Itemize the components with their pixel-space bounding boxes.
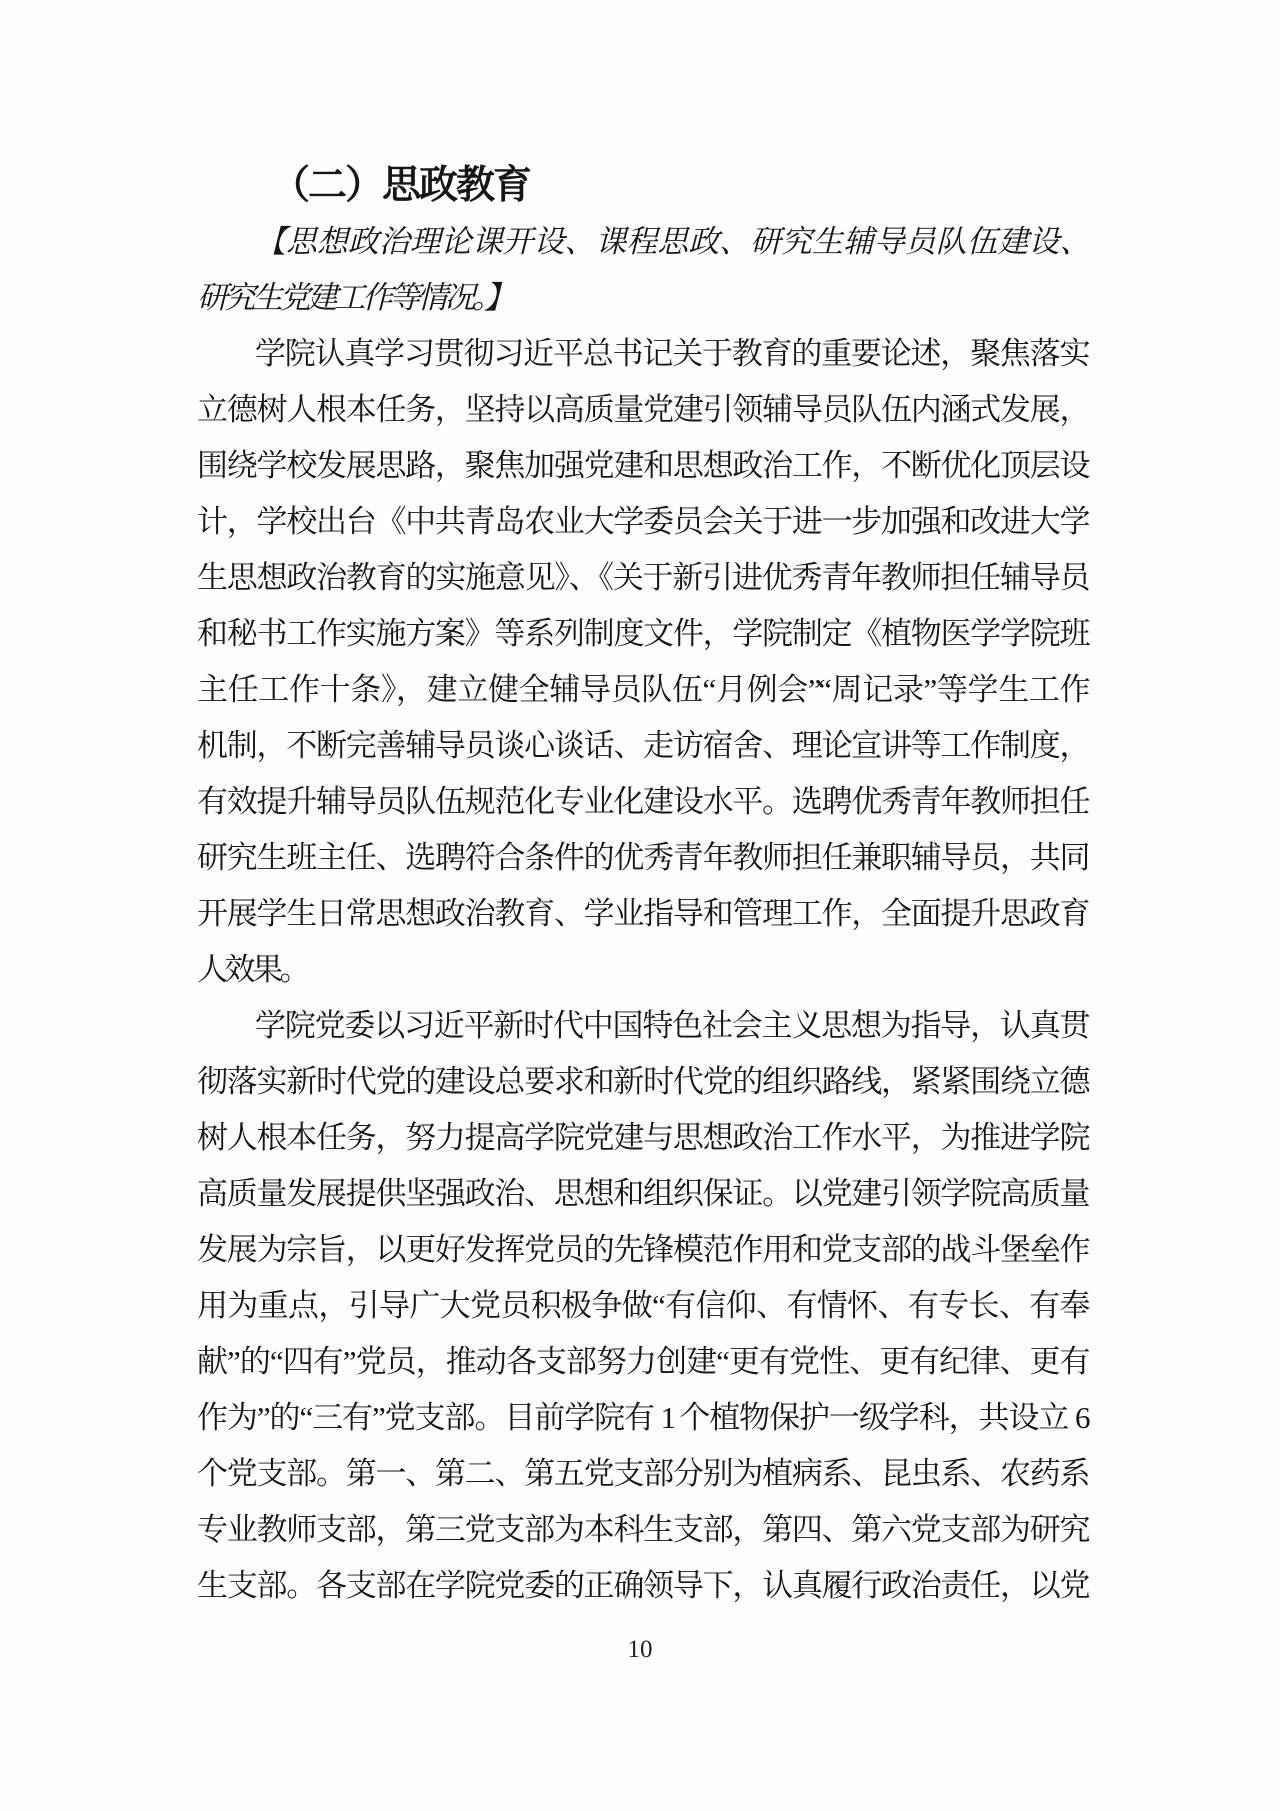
text-content: （二）思政教育 【思想政治理论课开设、课程思政、研究生辅导员队伍建设、 研究生党… xyxy=(197,158,1087,1614)
body-line: 主任工作十条》，建立健全辅导员队伍“月例会”“周记录”等学生工作 xyxy=(197,662,1087,718)
body-line: 高质量发展提供坚强政治、思想和组织保证。以党建引领学院高质量 xyxy=(197,1166,1087,1222)
body-line: 用为重点，引导广大党员积极争做“有信仰、有情怀、有专长、有奉 xyxy=(197,1278,1087,1334)
body-line: 专业教师支部，第三党支部为本科生支部，第四、第六党支部为研究 xyxy=(197,1502,1087,1558)
body-line: 彻落实新时代党的建设总要求和新时代党的组织路线，紧紧围绕立德 xyxy=(197,1054,1087,1110)
body-line: 献”的“四有”党员，推动各支部努力创建“更有党性、更有纪律、更有 xyxy=(197,1334,1087,1390)
body-line: 开展学生日常思想政治教育、学业指导和管理工作，全面提升思政育 xyxy=(197,886,1087,942)
body-line: 生支部。各支部在学院党委的正确领导下，认真履行政治责任，以党 xyxy=(197,1558,1087,1614)
body-line: 立德树人根本任务，坚持以高质量党建引领辅导员队伍内涵式发展， xyxy=(197,382,1087,438)
body-line: 人效果。 xyxy=(197,942,1087,998)
document-page: （二）思政教育 【思想政治理论课开设、课程思政、研究生辅导员队伍建设、 研究生党… xyxy=(0,0,1280,1811)
body-line: 生思想政治教育的实施意见》、《关于新引进优秀青年教师担任辅导员 xyxy=(197,550,1087,606)
body-line: 作为”的“三有”党支部。目前学院有 1 个植物保护一级学科，共设立 6 xyxy=(197,1390,1087,1446)
abstract-line-2: 研究生党建工作等情况。】 xyxy=(197,270,1087,326)
body-line: 机制，不断完善辅导员谈心谈话、走访宿舍、理论宣讲等工作制度， xyxy=(197,718,1087,774)
body-line: 树人根本任务，努力提高学院党建与思想政治工作水平，为推进学院 xyxy=(197,1110,1087,1166)
body-line: 发展为宗旨，以更好发挥党员的先锋模范作用和党支部的战斗堡垒作 xyxy=(197,1222,1087,1278)
body-line: 研究生班主任、选聘符合条件的优秀青年教师担任兼职辅导员，共同 xyxy=(197,830,1087,886)
body-line: 围绕学校发展思路，聚焦加强党建和思想政治工作，不断优化顶层设 xyxy=(197,438,1087,494)
body-line: 和秘书工作实施方案》等系列制度文件，学院制定《植物医学学院班 xyxy=(197,606,1087,662)
section-heading: （二）思政教育 xyxy=(197,158,1087,214)
page-number: 10 xyxy=(0,1636,1280,1664)
body-line: 学院认真学习贯彻习近平总书记关于教育的重要论述，聚焦落实 xyxy=(197,326,1087,382)
body-line: 学院党委以习近平新时代中国特色社会主义思想为指导，认真贯 xyxy=(197,998,1087,1054)
abstract-line-1: 【思想政治理论课开设、课程思政、研究生辅导员队伍建设、 xyxy=(197,214,1087,270)
body-line: 有效提升辅导员队伍规范化专业化建设水平。选聘优秀青年教师担任 xyxy=(197,774,1087,830)
body-line: 计，学校出台《中共青岛农业大学委员会关于进一步加强和改进大学 xyxy=(197,494,1087,550)
body-line: 个党支部。第一、第二、第五党支部分别为植病系、昆虫系、农药系 xyxy=(197,1446,1087,1502)
